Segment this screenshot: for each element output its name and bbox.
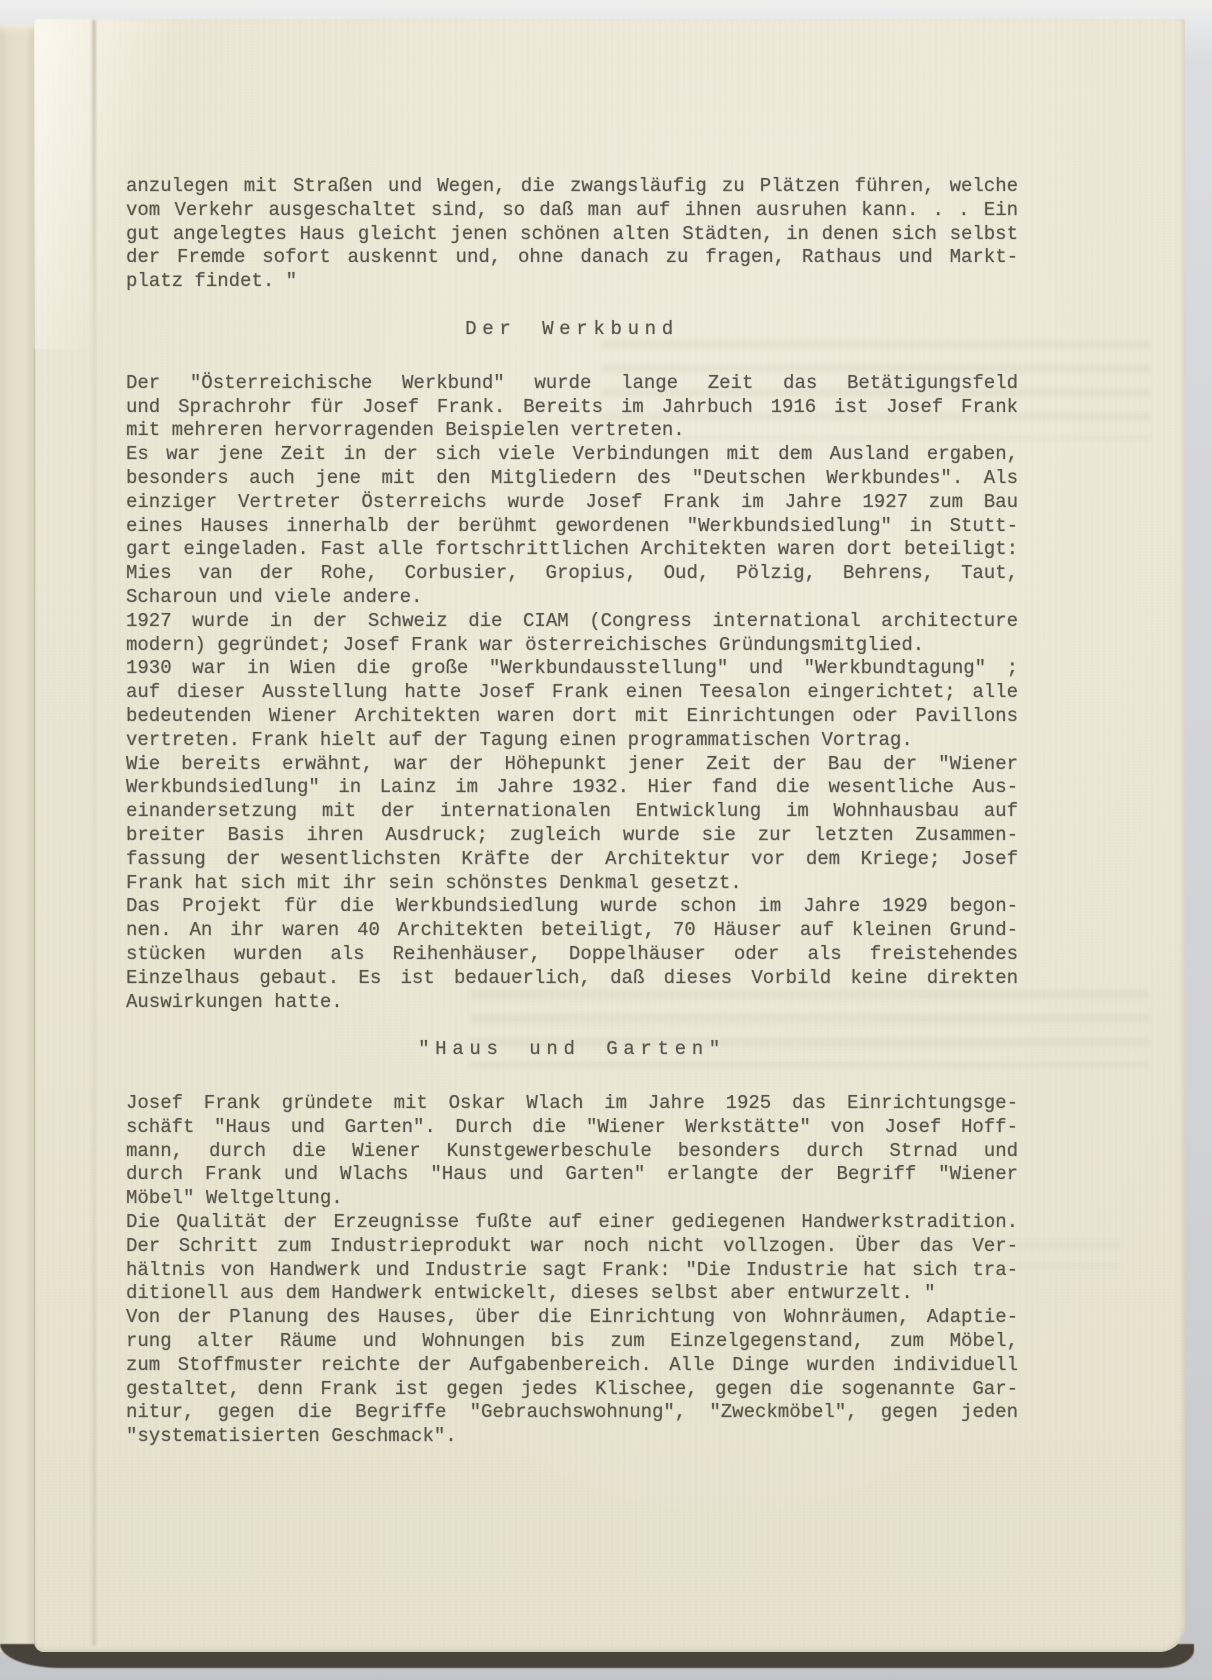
text-line: Möbel" Weltgeltung. [126, 1187, 1018, 1211]
paragraph: Wie bereits erwähnt, war der Höhepunkt j… [126, 753, 1018, 896]
text-line: 1930 war in Wien die große "Werkbundauss… [126, 657, 1018, 681]
section-heading: "Haus und Garten" [126, 1038, 1018, 1062]
text-line: besonders auch jene mit den Mitgliedern … [126, 467, 1018, 491]
text-line: Werkbundsiedlung" in Lainz im Jahre 1932… [126, 776, 1018, 800]
text-line: Die Qualität der Erzeugnisse fußte auf e… [126, 1211, 1018, 1235]
paragraph: Der "Österreichische Werkbund" wurde lan… [126, 372, 1018, 443]
text-line: gart eingeladen. Fast alle fortschrittli… [126, 538, 1018, 562]
text-line: schäft "Haus und Garten". Durch die "Wie… [126, 1116, 1018, 1140]
paragraph: Josef Frank gründete mit Oskar Wlach im … [126, 1092, 1018, 1211]
text-line: fassung der wesentlichsten Kräfte der Ar… [126, 848, 1018, 872]
text-line: stücken wurden als Reihenhäuser, Doppelh… [126, 943, 1018, 967]
text-line: platz findet. " [126, 270, 1018, 294]
text-line: vertreten. Frank hielt auf der Tagung ei… [126, 729, 1018, 753]
text-line: rung alter Räume und Wohnungen bis zum E… [126, 1330, 1018, 1354]
scanner-bed: anzulegen mit Straßen und Wegen, die zwa… [0, 0, 1212, 1680]
text-line: Einzelhaus gebaut. Es ist bedauerlich, d… [126, 967, 1018, 991]
text-line: nen. An ihr waren 40 Architekten beteili… [126, 919, 1018, 943]
text-line: Scharoun und viele andere. [126, 586, 1018, 610]
text-content: anzulegen mit Straßen und Wegen, die zwa… [126, 175, 1018, 1449]
text-line: Der Schritt zum Industrieprodukt war noc… [126, 1235, 1018, 1259]
text-line: "systematisierten Geschmack". [126, 1425, 1018, 1449]
text-line: breiter Basis ihren Ausdruck; zugleich w… [126, 824, 1018, 848]
text-line: einziger Vertreter Österreichs wurde Jos… [126, 491, 1018, 515]
text-line: nitur, gegen die Begriffe "Gebrauchswohn… [126, 1401, 1018, 1425]
paragraph: Das Projekt für die Werkbundsiedlung wur… [126, 895, 1018, 1014]
text-line: vom Verkehr ausgeschaltet sind, so daß m… [126, 199, 1018, 223]
text-line: bedeutenden Wiener Architekten waren dor… [126, 705, 1018, 729]
paragraph: anzulegen mit Straßen und Wegen, die zwa… [126, 175, 1018, 294]
text-line: gestaltet, denn Frank ist gegen jedes Kl… [126, 1378, 1018, 1402]
text-line: zum Stoffmuster reichte der Aufgabenbere… [126, 1354, 1018, 1378]
text-line: mann, durch die Wiener Kunstgewerbeschul… [126, 1140, 1018, 1164]
text-line: einandersetzung mit der internationalen … [126, 800, 1018, 824]
text-line: 1927 wurde in der Schweiz die CIAM (Cong… [126, 610, 1018, 634]
paragraph: Von der Planung des Hauses, über die Ein… [126, 1306, 1018, 1449]
binding-crease [92, 20, 96, 1646]
text-line: mit mehreren hervorragenden Beispielen v… [126, 419, 1018, 443]
text-line: anzulegen mit Straßen und Wegen, die zwa… [126, 175, 1018, 199]
text-line: Wie bereits erwähnt, war der Höhepunkt j… [126, 753, 1018, 777]
text-line: Mies van der Rohe, Corbusier, Gropius, O… [126, 562, 1018, 586]
text-line: Das Projekt für die Werkbundsiedlung wur… [126, 895, 1018, 919]
paragraph: Die Qualität der Erzeugnisse fußte auf e… [126, 1211, 1018, 1306]
text-line: Der "Österreichische Werkbund" wurde lan… [126, 372, 1018, 396]
text-line: gut angelegtes Haus gleicht jenen schöne… [126, 223, 1018, 247]
text-line: Frank hat sich mit ihr sein schönstes De… [126, 872, 1018, 896]
text-line: und Sprachrohr für Josef Frank. Bereits … [126, 396, 1018, 420]
text-line: Von der Planung des Hauses, über die Ein… [126, 1306, 1018, 1330]
section-heading: Der Werkbund [126, 318, 1018, 342]
text-line: modern) gegründet; Josef Frank war öster… [126, 634, 1018, 658]
paragraph: 1930 war in Wien die große "Werkbundauss… [126, 657, 1018, 752]
paragraph: 1927 wurde in der Schweiz die CIAM (Cong… [126, 610, 1018, 658]
text-line: ditionell aus dem Handwerk entwickelt, d… [126, 1282, 1018, 1306]
text-line: Josef Frank gründete mit Oskar Wlach im … [126, 1092, 1018, 1116]
scanned-document: { "document": { "language": "de", "kind"… [0, 0, 1212, 1680]
text-line: auf dieser Ausstellung hatte Josef Frank… [126, 681, 1018, 705]
paragraph: Es war jene Zeit in der sich viele Verbi… [126, 443, 1018, 610]
text-line: eines Hauses innerhalb der berühmt gewor… [126, 515, 1018, 539]
text-line: Auswirkungen hatte. [126, 991, 1018, 1015]
text-line: der Fremde sofort auskennt und, ohne dan… [126, 246, 1018, 270]
text-line: durch Frank und Wlachs "Haus und Garten"… [126, 1163, 1018, 1187]
underlying-page-edge [0, 24, 36, 1652]
text-line: Es war jene Zeit in der sich viele Verbi… [126, 443, 1018, 467]
text-line: hältnis von Handwerk und Industrie sagt … [126, 1259, 1018, 1283]
